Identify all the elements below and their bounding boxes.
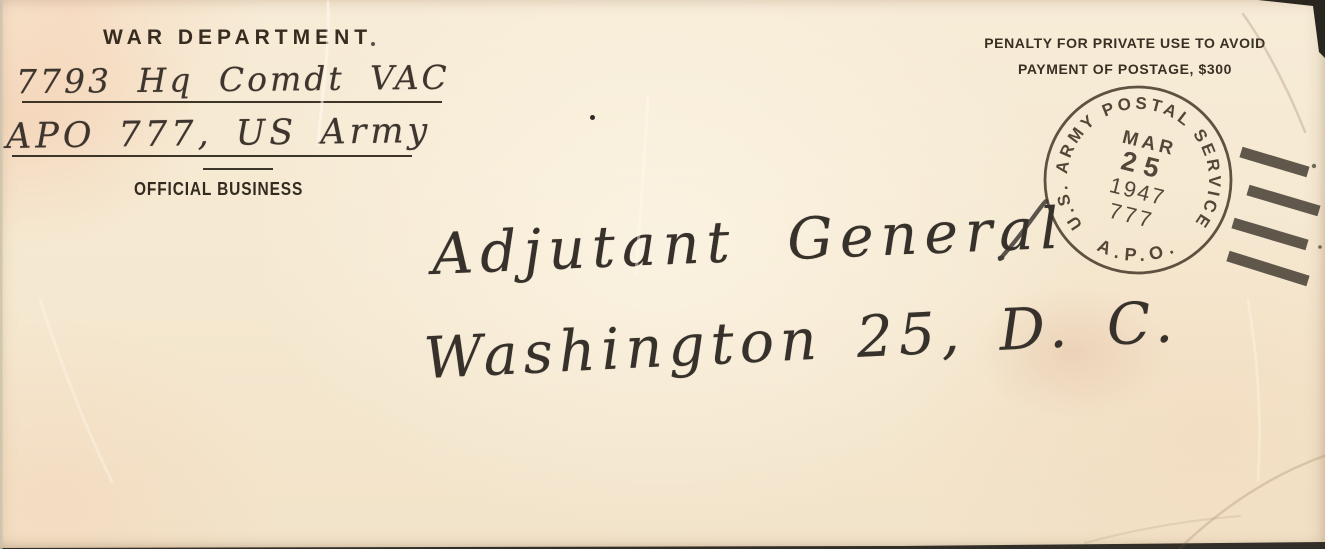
penalty-notice: PENALTY FOR PRIVATE USE TO AVOID PAYMENT… (964, 30, 1286, 82)
sender-address-line1: 7793 Hq Comdt VAC (16, 58, 450, 102)
postmark-day: 25 (1118, 145, 1170, 185)
postmark-apo-text: A.P.O. (1094, 235, 1181, 265)
svg-text:A.P.O.: A.P.O. (1094, 235, 1181, 265)
postmark-year: 1947 (1107, 172, 1168, 210)
sender-address-line2: APO 777, US Army (6, 111, 432, 157)
envelope-front: WAR DEPARTMENT 7793 Hq Comdt VAC APO 777… (0, 0, 1325, 549)
penalty-line2: PAYMENT OF POSTAGE, $300 (964, 56, 1286, 82)
postmark-circle (1045, 87, 1231, 273)
cancellation-bars (1220, 130, 1325, 300)
ink-speck (590, 115, 595, 120)
postmark-ring-text: U.S. ARMY POSTAL SERVICE (1052, 94, 1224, 234)
svg-text:U.S. ARMY POSTAL SERVICE: U.S. ARMY POSTAL SERVICE (1052, 94, 1224, 234)
postmark-month: MAR (1120, 127, 1179, 161)
recipient-city-line: Washington 25, D. C. (422, 289, 1180, 392)
address-blank-rule-2 (12, 155, 412, 157)
postmark-apo-number: 777 (1106, 198, 1156, 233)
official-business-label: OFFICIAL BUSINESS (134, 179, 303, 200)
official-business-rule (203, 168, 273, 170)
penalty-line1: PENALTY FOR PRIVATE USE TO AVOID (964, 30, 1286, 56)
postmark-stamp: U.S. ARMY POSTAL SERVICE A.P.O. MAR 25 1… (1038, 80, 1238, 280)
ink-speck (371, 42, 375, 46)
recipient-name-line: Adjutant General (431, 195, 1067, 287)
postmark-date-block: MAR 25 1947 777 (1101, 127, 1180, 235)
address-blank-rule-1 (22, 101, 442, 103)
photo-background: WAR DEPARTMENT 7793 Hq Comdt VAC APO 777… (0, 0, 1325, 549)
sender-heading: WAR DEPARTMENT (103, 26, 372, 50)
